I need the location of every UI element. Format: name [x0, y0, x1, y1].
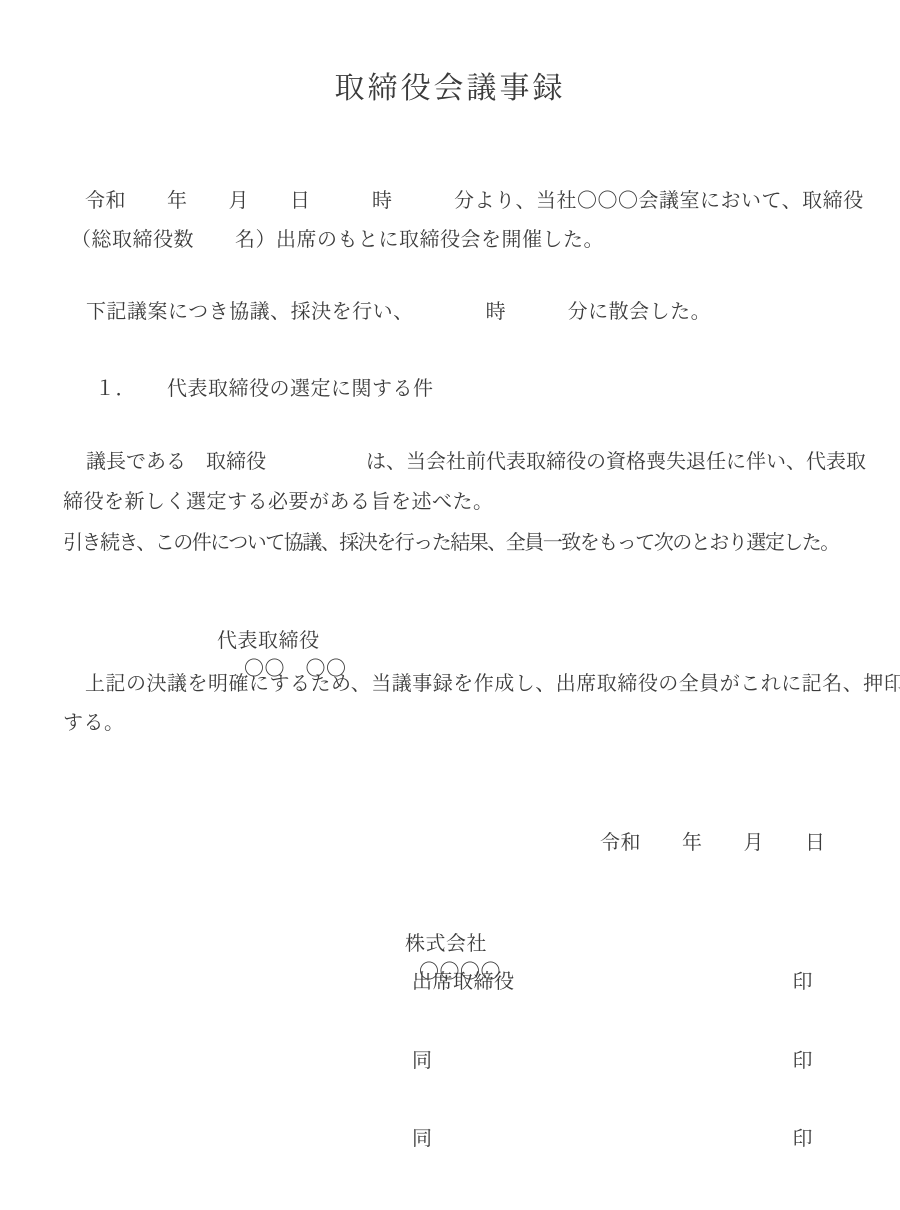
signature-row: 同 印 — [412, 1047, 813, 1075]
signature-role-label: 同 — [412, 1047, 433, 1075]
closing-paragraph-line1: 上記の決議を明確にするため、当議事録を作成し、出席取締役の全員がこれに記名、押印 — [85, 670, 900, 698]
adjournment-sentence: 下記議案につき協議、採決を行い、 時 分に散会した。 — [86, 298, 711, 326]
seal-mark: 印 — [793, 1125, 814, 1153]
company-type-label: 株式会社 — [405, 933, 487, 955]
seal-mark: 印 — [793, 968, 814, 996]
signature-date-line: 令和 年 月 日 — [600, 829, 826, 857]
document-title: 取締役会議事録 — [0, 63, 900, 107]
minutes-document-page: 取締役会議事録 令和 年 月 日 時 分より、当社〇〇〇会議室において、取締役 … — [0, 0, 900, 1210]
signature-role-label: 同 — [412, 1125, 433, 1153]
agenda-item-1: １． 代表取締役の選定に関する件 — [95, 375, 434, 403]
seal-mark: 印 — [793, 1047, 814, 1075]
closing-paragraph-line2: する。 — [63, 709, 125, 737]
opening-paragraph-line2: （総取締役数 名）出席のもとに取締役会を開催した。 — [71, 226, 604, 254]
resolution-sentence: 引き続き、この件について協議、採決を行った結果、全員一致をもって次のとおり選定し… — [63, 529, 839, 557]
company-line: 株式会社 〇〇〇〇 — [383, 902, 501, 1014]
opening-paragraph-line1: 令和 年 月 日 時 分より、当社〇〇〇会議室において、取締役 名 — [85, 187, 900, 215]
signature-role-label: 出席取締役 — [412, 968, 515, 996]
chairman-statement-line1: 議長である 取締役 は、当会社前代表取締役の資格喪失退任に伴い、代表取 — [86, 448, 866, 476]
chairman-statement-line2: 締役を新しく選定する必要がある旨を述べた。 — [63, 488, 494, 516]
signature-row: 出席取締役 印 — [412, 968, 813, 996]
appointee-title-label: 代表取締役 — [217, 630, 320, 652]
signature-row: 同 印 — [412, 1125, 813, 1153]
